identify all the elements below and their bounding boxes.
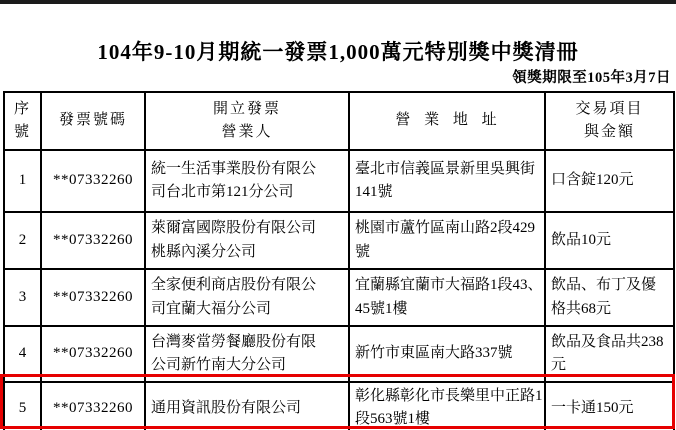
winners-table: 序 號 發票號碼 開立發票 營業人 營 業 地 址 交易項目 與金額 1 **0… — [3, 91, 675, 430]
invoice-cell: **07332260 — [41, 326, 145, 382]
table-header-row: 序 號 發票號碼 開立發票 營業人 營 業 地 址 交易項目 與金額 — [4, 92, 674, 150]
seller-cell: 統一生活事業股份有限公 司台北市第121分公司 — [145, 150, 349, 212]
address-cell: 新竹市東區南大路337號 — [349, 326, 545, 382]
serial-cell: 4 — [4, 326, 41, 382]
invoice-cell: **07332260 — [41, 382, 145, 430]
item-cell: 一卡通150元 — [545, 382, 674, 430]
table-row: 2 **07332260 萊爾富國際股份有限公司 桃縣內溪分公司 桃園市蘆竹區南… — [4, 212, 674, 269]
invoice-cell: **07332260 — [41, 150, 145, 212]
serial-cell: 1 — [4, 150, 41, 212]
header-serial: 序 號 — [4, 92, 41, 150]
table-row-highlighted: 5 **07332260 通用資訊股份有限公司 彰化縣彰化市長樂里中正路1 段5… — [4, 382, 674, 430]
address-cell: 宜蘭縣宜蘭市大福路1段43、 45號1樓 — [349, 269, 545, 326]
seller-cell: 萊爾富國際股份有限公司 桃縣內溪分公司 — [145, 212, 349, 269]
seller-cell: 台灣麥當勞餐廳股份有限 公司新竹南大分公司 — [145, 326, 349, 382]
invoice-cell: **07332260 — [41, 212, 145, 269]
item-cell: 飲品、布丁及優 格共68元 — [545, 269, 674, 326]
table-row: 4 **07332260 台灣麥當勞餐廳股份有限 公司新竹南大分公司 新竹市東區… — [4, 326, 674, 382]
item-cell: 飲品10元 — [545, 212, 674, 269]
header-seller: 開立發票 營業人 — [145, 92, 349, 150]
seller-cell: 通用資訊股份有限公司 — [145, 382, 349, 430]
header-transaction-item: 交易項目 與金額 — [545, 92, 674, 150]
serial-cell: 5 — [4, 382, 41, 430]
header-business-address: 營 業 地 址 — [349, 92, 545, 150]
top-edge-bar — [0, 0, 676, 4]
item-cell: 飲品及食品共238 元 — [545, 326, 674, 382]
item-cell: 口含錠120元 — [545, 150, 674, 212]
address-cell: 臺北市信義區景新里吳興街 141號 — [349, 150, 545, 212]
seller-cell: 全家便利商店股份有限公 司宜蘭大福分公司 — [145, 269, 349, 326]
serial-cell: 3 — [4, 269, 41, 326]
address-cell: 桃園市蘆竹區南山路2段429 號 — [349, 212, 545, 269]
address-cell: 彰化縣彰化市長樂里中正路1 段563號1樓 — [349, 382, 545, 430]
table-row: 3 **07332260 全家便利商店股份有限公 司宜蘭大福分公司 宜蘭縣宜蘭市… — [4, 269, 674, 326]
document-title: 104年9-10月期統一發票1,000萬元特別獎中獎清冊 — [0, 0, 676, 66]
deadline-note: 領獎期限至105年3月7日 — [0, 69, 676, 88]
document-page: 104年9-10月期統一發票1,000萬元特別獎中獎清冊 領獎期限至105年3月… — [0, 0, 676, 430]
serial-cell: 2 — [4, 212, 41, 269]
table-row: 1 **07332260 統一生活事業股份有限公 司台北市第121分公司 臺北市… — [4, 150, 674, 212]
invoice-cell: **07332260 — [41, 269, 145, 326]
header-invoice-number: 發票號碼 — [41, 92, 145, 150]
